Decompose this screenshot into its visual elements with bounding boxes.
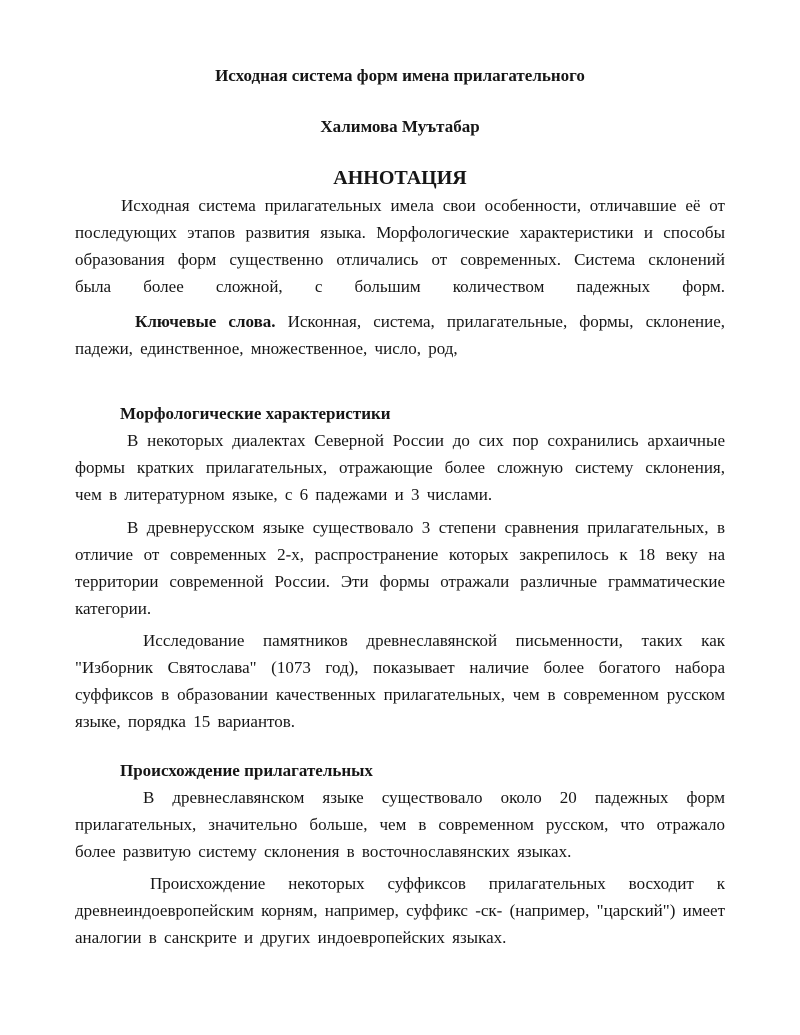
section-heading-origin: Происхождение прилагательных xyxy=(75,757,725,784)
author-name: Халимова Муътабар xyxy=(75,113,725,140)
document-page: Исходная система форм имена прилагательн… xyxy=(0,0,800,1035)
keywords-label: Ключевые слова. xyxy=(135,312,276,331)
page-title: Исходная система форм имена прилагательн… xyxy=(75,62,725,89)
body-paragraph: В древнеславянском языке существовало ок… xyxy=(75,784,725,865)
body-paragraph: Исследование памятников древнеславянской… xyxy=(75,627,725,735)
body-paragraph: В древнерусском языке существовало 3 сте… xyxy=(75,514,725,622)
section-heading-morphology: Морфологические характеристики xyxy=(75,400,725,427)
body-paragraph: Происхождение некоторых суффиксов прилаг… xyxy=(75,870,725,951)
body-paragraph: В некоторых диалектах Северной России до… xyxy=(75,427,725,508)
abstract-heading: АННОТАЦИЯ xyxy=(75,164,725,192)
keywords-paragraph: Ключевые слова. Исконная, система, прила… xyxy=(75,308,725,362)
abstract-paragraph: Исходная система прилагательных имела св… xyxy=(75,192,725,300)
